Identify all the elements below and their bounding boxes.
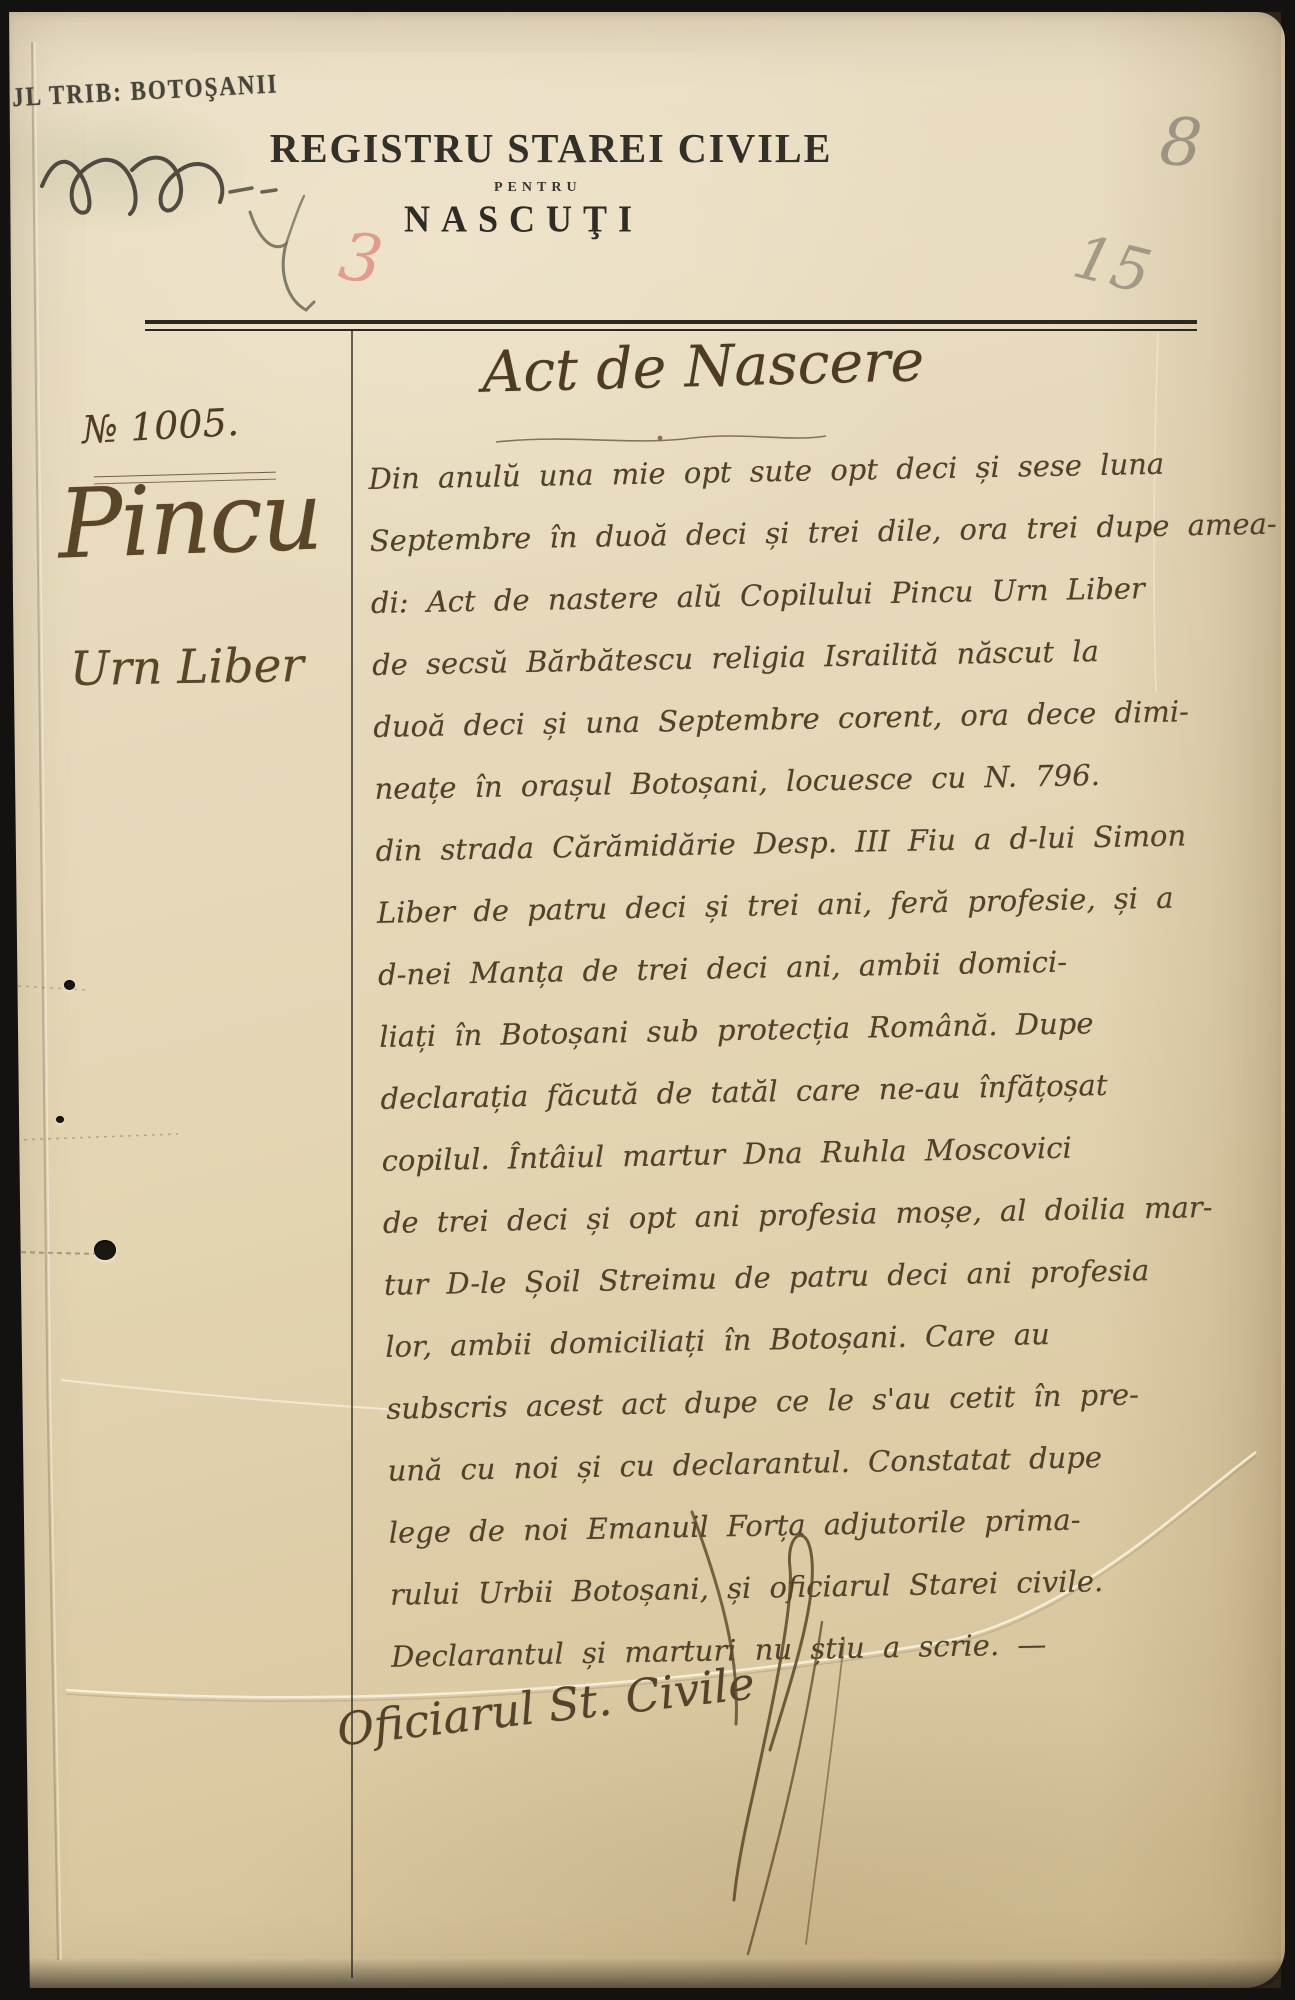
child-name-margin-last: Urn Liber (70, 638, 305, 697)
child-name-margin-first: Pincu (56, 459, 322, 580)
header-divider-rule (145, 320, 1197, 331)
red-crayon-number: 3 (334, 217, 388, 300)
punch-hole-tiny (56, 1116, 64, 1123)
act-number: № 1005. (81, 400, 240, 452)
register-category: NASCUŢI (404, 197, 643, 241)
paper-sheet: JL TRIB: BOTOŞANII 3 REGISTRU STAREI CIV… (6, 12, 1285, 1988)
register-subtitle: PENTRU (494, 180, 582, 196)
registrar-signature-flourish (646, 1492, 906, 1972)
pencil-check-mark (244, 190, 324, 320)
punch-hole (94, 1240, 116, 1260)
pencil-page-number: 8 (1157, 103, 1204, 183)
act-title: Act de Nascere (481, 328, 925, 406)
register-title: REGISTRU STAREI CIVILE (270, 124, 833, 172)
scanned-register-scan: JL TRIB: BOTOŞANII 3 REGISTRU STAREI CIV… (0, 0, 1295, 2000)
pencil-number-annotation: 15 (1067, 222, 1158, 308)
punch-hole-small (64, 980, 75, 990)
tribunal-stamp: JL TRIB: BOTOŞANII (11, 69, 279, 114)
